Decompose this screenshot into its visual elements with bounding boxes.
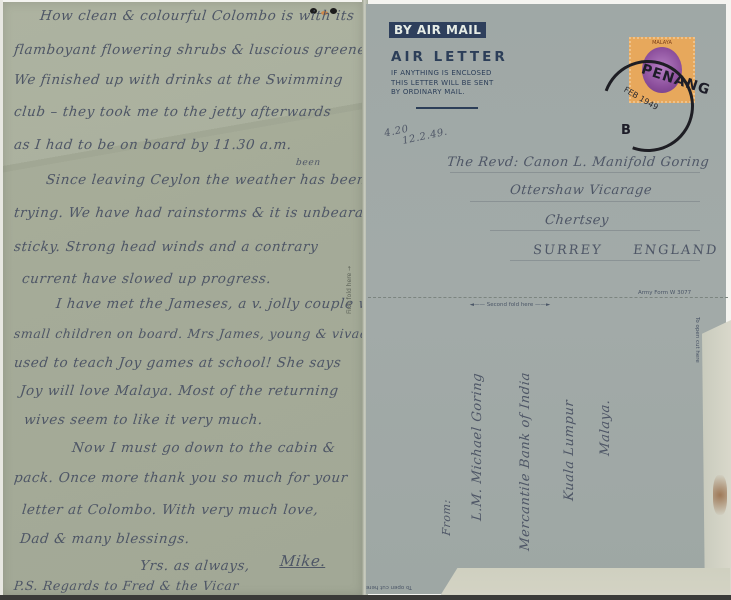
stamp-country: MALAYA	[631, 40, 693, 46]
open-cut-label-right: To open cut here	[690, 300, 700, 380]
air-letter-scan: How clean & colourful Colombo is with it…	[0, 0, 731, 600]
letter-line: Since leaving Ceylon the weather has bee…	[45, 172, 407, 188]
postscript: P.S. Regards to Fred & the Vicar	[13, 578, 240, 593]
letter-line: used to teach Joy games at school! She s…	[13, 355, 342, 371]
letter-line: Now I must go down to the cabin &	[71, 440, 336, 456]
notice-line: BY ORDINARY MAIL.	[391, 88, 494, 98]
letter-line: Dad & many blessings.	[19, 531, 191, 547]
sender-line: Mercantile Bank of India	[518, 371, 533, 551]
open-cut-label-bottom: To open cut here	[366, 584, 412, 590]
address-rule	[490, 230, 700, 231]
sender-address: From: L.M. Michael Goring Mercantile Ban…	[440, 315, 690, 570]
paper-stain	[713, 475, 727, 515]
second-fold-label: Second fold here	[462, 302, 558, 310]
address-rule	[510, 260, 700, 261]
letter-line: How clean & colourful Colombo is with it…	[39, 8, 355, 24]
letter-line: club – they took me to the jetty afterwa…	[13, 104, 332, 120]
signature: Mike.	[279, 552, 327, 570]
sender-line: Malaya.	[598, 399, 613, 457]
bottom-flap	[440, 568, 730, 596]
air-letter-title: AIR LETTER	[391, 49, 508, 65]
by-air-mail-banner: BY AIR MAIL	[389, 22, 486, 38]
notice-line: IF ANYTHING IS ENCLOSED	[391, 69, 494, 79]
scan-bottom-edge	[0, 595, 731, 600]
letter-line: trying. We have had rainstorms & it is u…	[13, 205, 387, 221]
divider-rule	[416, 107, 478, 109]
paper-edge	[0, 0, 3, 600]
army-form-number: Army Form W 3077	[638, 290, 691, 296]
address-line: Chertsey	[544, 213, 610, 228]
letter-line: wives seem to like it very much.	[23, 412, 264, 428]
sender-line: Kuala Lumpur	[562, 399, 577, 502]
letter-line: flamboyant flowering shrubs & luscious g…	[13, 42, 385, 58]
letter-line: We finished up with drinks at the Swimmi…	[13, 72, 344, 88]
address-line: Ottershaw Vicarage	[509, 183, 653, 198]
notice-line: THIS LETTER WILL BE SENT	[391, 79, 494, 89]
letter-line: current have slowed up progress.	[21, 271, 272, 287]
first-fold-label: First fold here	[346, 250, 358, 330]
letter-line: pack. Once more thank you so much for yo…	[13, 470, 348, 486]
letter-line: as I had to be on board by 11.30 a.m.	[13, 137, 292, 153]
letter-line: sticky. Strong head winds and a contrary	[13, 239, 319, 255]
letter-insertion: been	[295, 158, 321, 168]
address-line: SURREY ENGLAND	[532, 243, 719, 258]
address-line: The Revd: Canon L. Manifold Goring	[446, 155, 710, 170]
second-fold-line	[368, 297, 728, 298]
side-flap	[702, 320, 731, 596]
sender-label: From:	[440, 498, 453, 536]
enclosure-notice: IF ANYTHING IS ENCLOSED THIS LETTER WILL…	[391, 69, 494, 98]
letter-line: I have met the Jameses, a v. jolly coupl…	[55, 296, 389, 312]
postmark-code: B	[621, 123, 631, 138]
letter-line: small children on board. Mrs James, youn…	[13, 326, 401, 341]
letter-closing: Yrs. as always,	[139, 558, 251, 574]
sender-line: L.M. Michael Goring	[470, 372, 485, 521]
address-rule	[470, 201, 700, 202]
letter-line: letter at Colombo. With very much love,	[21, 502, 319, 518]
letter-line: Joy will love Malaya. Most of the return…	[19, 383, 339, 399]
address-rule	[450, 172, 700, 173]
